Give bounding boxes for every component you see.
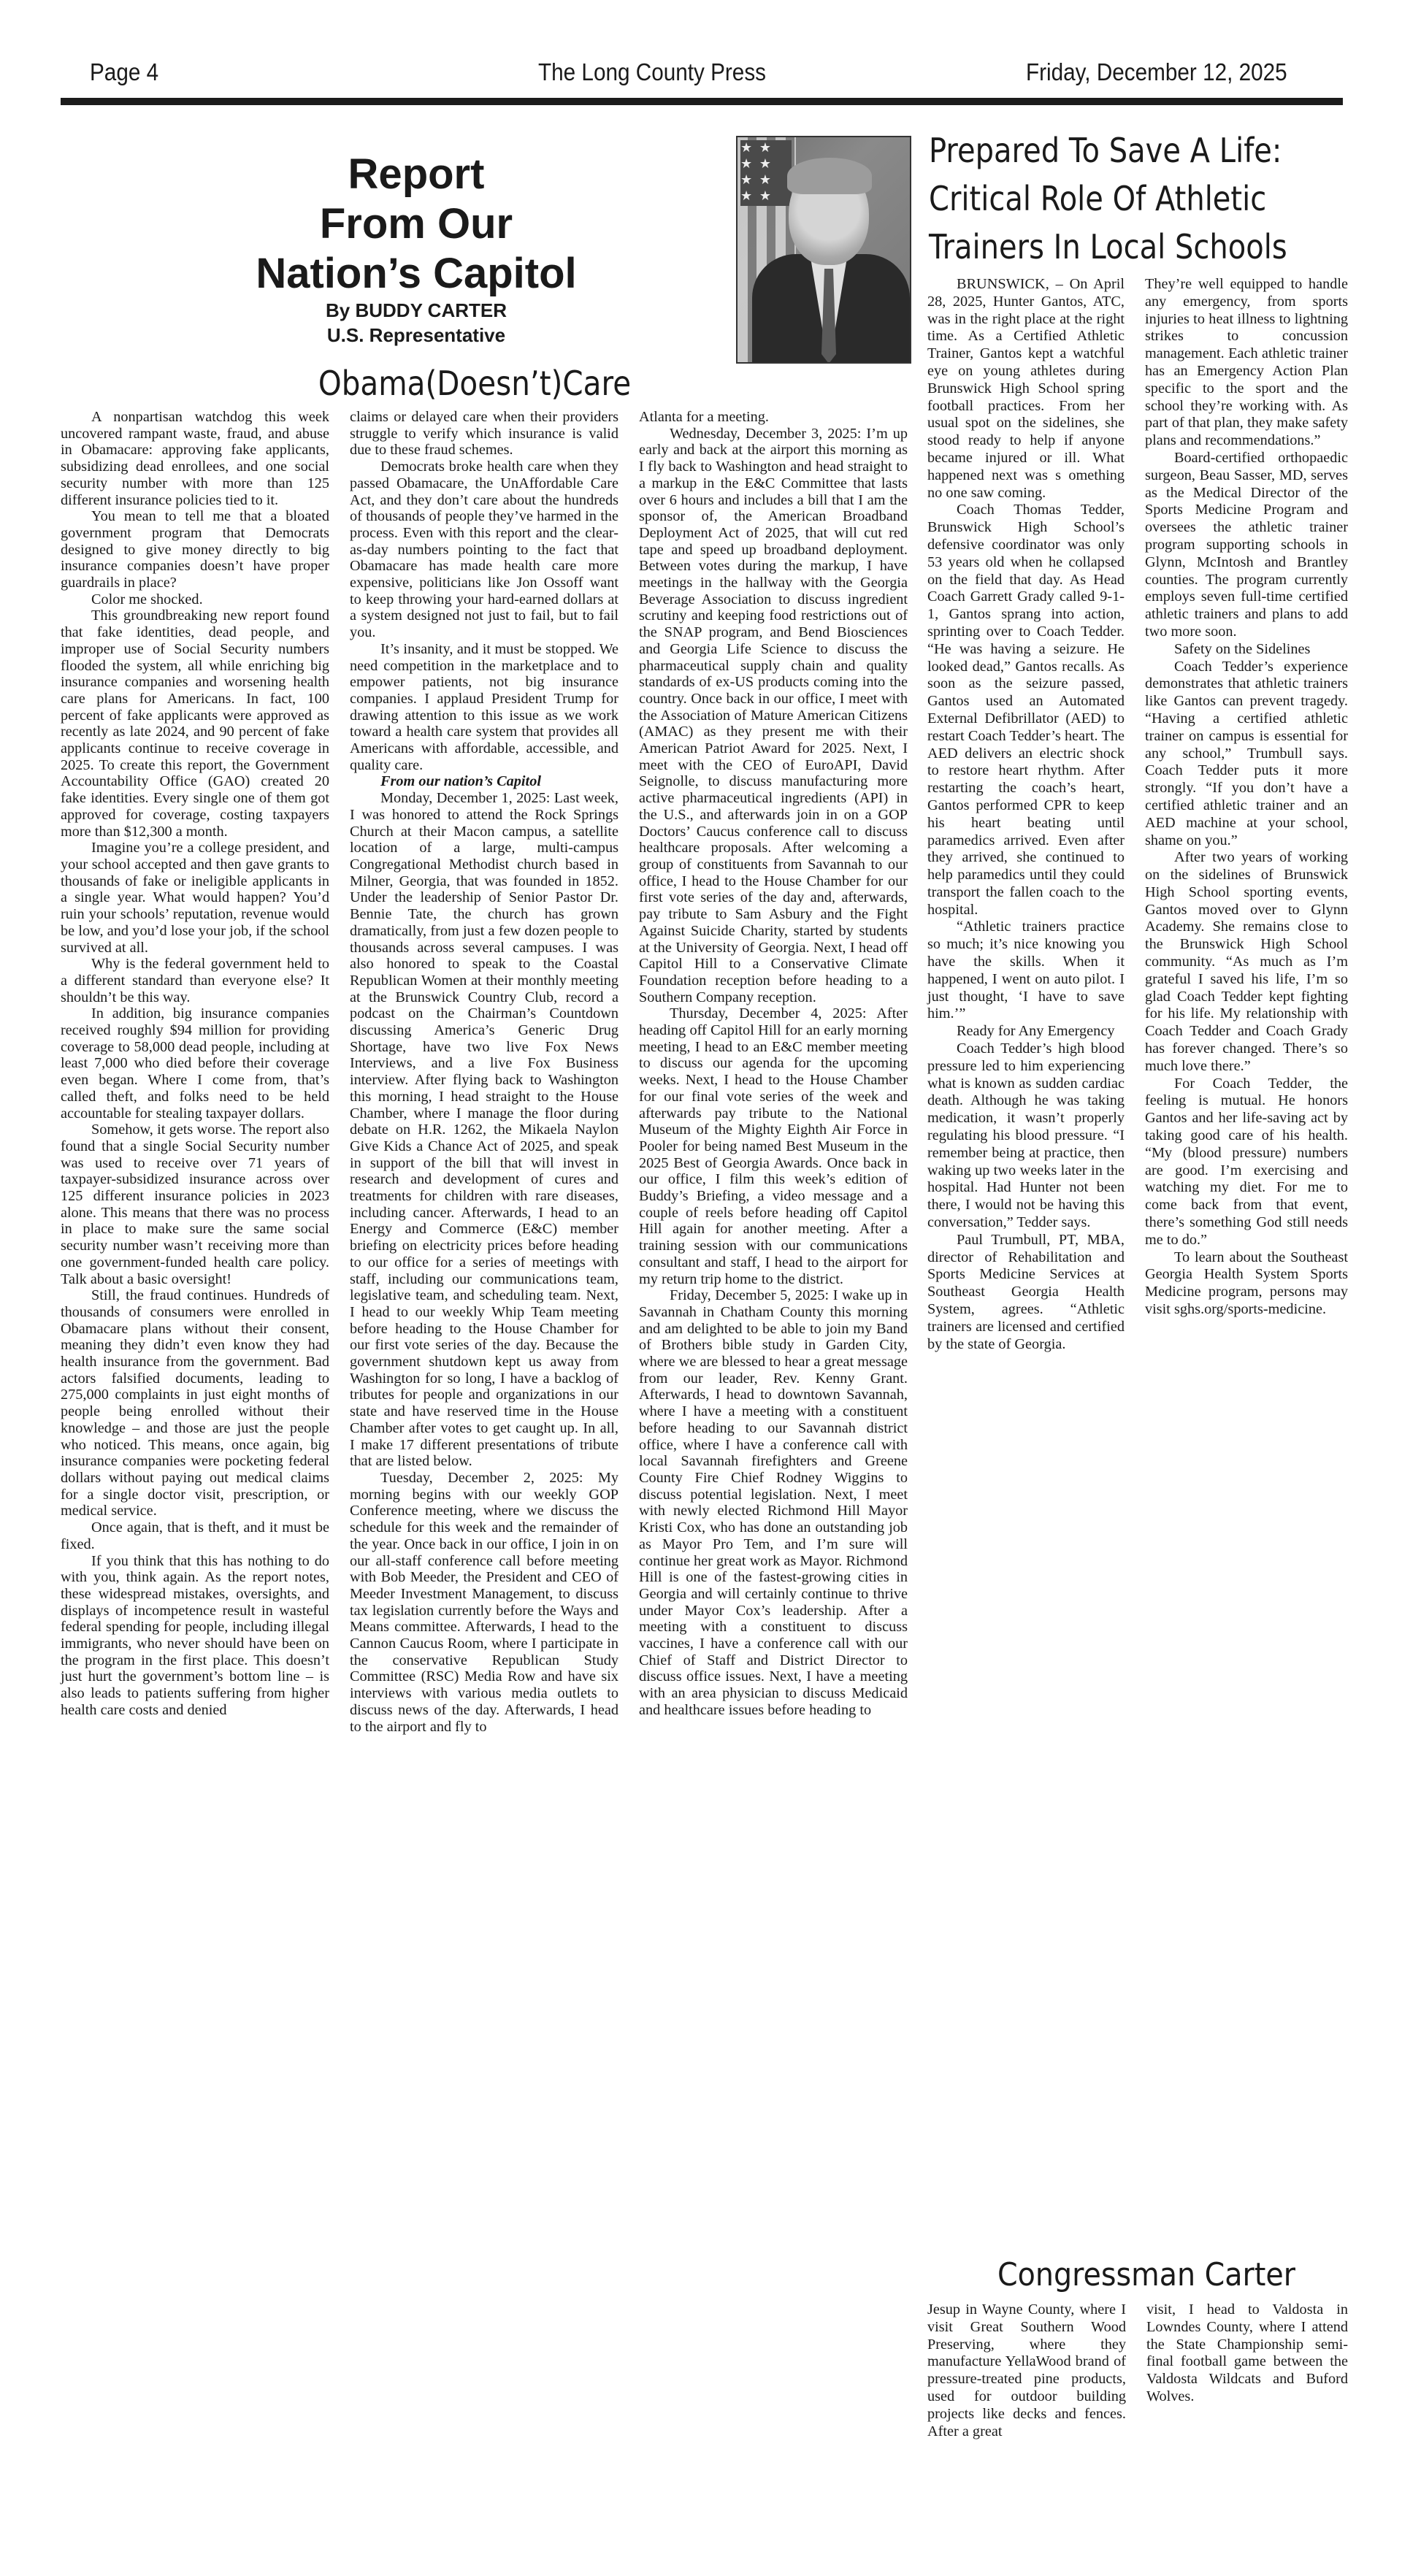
paragraph: Thursday, December 4, 2025: After headin…	[639, 1005, 908, 1287]
paragraph: Board-certified orthopaedic surgeon, Bea…	[1145, 450, 1348, 641]
paragraph: Friday, December 5, 2025: I wake up in S…	[639, 1287, 908, 1718]
paragraph: Coach Tedder’s high blood pressure led t…	[927, 1040, 1125, 1232]
paragraph: Paul Trumbull, PT, MBA, director of Reha…	[927, 1232, 1125, 1354]
paragraph: For Coach Tedder, the feeling is mutual.…	[1145, 1076, 1348, 1249]
paragraph: Coach Tedder’s experience demonstrates t…	[1145, 659, 1348, 850]
paragraph: In addition, big insurance companies rec…	[61, 1005, 329, 1122]
paragraph: Tuesday, December 2, 2025: My morning be…	[350, 1470, 618, 1735]
paragraph: Coach Thomas Tedder, Brunswick High Scho…	[927, 502, 1125, 919]
author-name: By BUDDY CARTER	[212, 298, 621, 323]
paragraph: A nonpartisan watchdog this week uncover…	[61, 409, 329, 508]
headline-line: Prepared To Save A Life:	[929, 126, 1298, 175]
paragraph: “Athletic trainers practice so much; it’…	[927, 919, 1125, 1023]
paragraph: It’s insanity, and it must be stopped. W…	[350, 641, 618, 774]
article-column-1: A nonpartisan watchdog this week uncover…	[61, 409, 329, 1719]
paragraph: Imagine you’re a college president, and …	[61, 840, 329, 956]
page-number: Page 4	[90, 58, 158, 86]
publication-name: The Long County Press	[538, 58, 766, 86]
paragraph: Monday, December 1, 2025: Last week, I w…	[350, 790, 618, 1470]
hair	[787, 158, 872, 194]
title-line: Report	[212, 150, 621, 199]
subhead: From our nation’s Capitol	[350, 773, 618, 790]
title-line: From Our	[212, 199, 621, 249]
section-subhead: Safety on the Sidelines	[1145, 641, 1348, 659]
paragraph: Atlanta for a meeting.	[639, 409, 908, 426]
paragraph: After two years of working on the sideli…	[1145, 849, 1348, 1075]
continuation-headline: Congressman Carter	[943, 2256, 1350, 2293]
page-header: Page 4 The Long County Press Friday, Dec…	[0, 0, 1402, 110]
article-column-2: claims or delayed care when their provid…	[350, 409, 618, 1735]
paragraph: To learn about the Southeast Georgia Hea…	[1145, 1249, 1348, 1319]
paragraph: Still, the fraud continues. Hundreds of …	[61, 1287, 329, 1519]
article-headline: Obama(Doesn’t)Care	[243, 364, 706, 403]
article-headline-trainers: Prepared To Save A Life: Critical Role O…	[929, 126, 1298, 271]
section-subhead: Ready for Any Emergency	[927, 1023, 1125, 1040]
paragraph: visit, I head to Valdosta in Lowndes Cou…	[1146, 2301, 1348, 2406]
paragraph: If you think that this has nothing to do…	[61, 1553, 329, 1719]
paragraph: Jesup in Wayne County, where I visit Gre…	[927, 2301, 1126, 2440]
paragraph: BRUNSWICK, – On April 28, 2025, Hunter G…	[927, 276, 1125, 502]
paragraph: Color me shocked.	[61, 591, 329, 608]
paragraph: Somehow, it gets worse. The report also …	[61, 1122, 329, 1287]
continuation-column-1: Jesup in Wayne County, where I visit Gre…	[927, 2301, 1126, 2440]
header-rule	[61, 98, 1343, 105]
paragraph: Why is the federal government held to a …	[61, 956, 329, 1005]
trainers-column-2: They’re well equipped to handle any emer…	[1145, 276, 1348, 1319]
paragraph: Democrats broke health care when they pa…	[350, 459, 618, 641]
paragraph: They’re well equipped to handle any emer…	[1145, 276, 1348, 450]
paragraph: Wednesday, December 3, 2025: I’m up earl…	[639, 426, 908, 1006]
headline-line: Trainers In Local Schools	[929, 223, 1298, 271]
paragraph: Once again, that is theft, and it must b…	[61, 1519, 329, 1552]
byline: By BUDDY CARTER U.S. Representative	[212, 298, 621, 348]
author-role: U.S. Representative	[212, 323, 621, 348]
headline-line: Critical Role Of Athletic	[929, 175, 1298, 223]
column-title: Report From Our Nation’s Capitol	[212, 150, 621, 299]
issue-date: Friday, December 12, 2025	[1026, 58, 1287, 86]
flag-stars-icon: ★ ★★ ★★ ★★ ★	[740, 140, 792, 206]
trainers-column-1: BRUNSWICK, – On April 28, 2025, Hunter G…	[927, 276, 1125, 1353]
article-column-3: Atlanta for a meeting. Wednesday, Decemb…	[639, 409, 908, 1719]
paragraph: claims or delayed care when their provid…	[350, 409, 618, 459]
title-line: Nation’s Capitol	[212, 249, 621, 299]
paragraph: You mean to tell me that a bloated gover…	[61, 508, 329, 591]
paragraph: This groundbreaking new report found tha…	[61, 607, 329, 840]
author-photo: ★ ★★ ★★ ★★ ★	[736, 136, 911, 364]
continuation-column-2: visit, I head to Valdosta in Lowndes Cou…	[1146, 2301, 1348, 2406]
